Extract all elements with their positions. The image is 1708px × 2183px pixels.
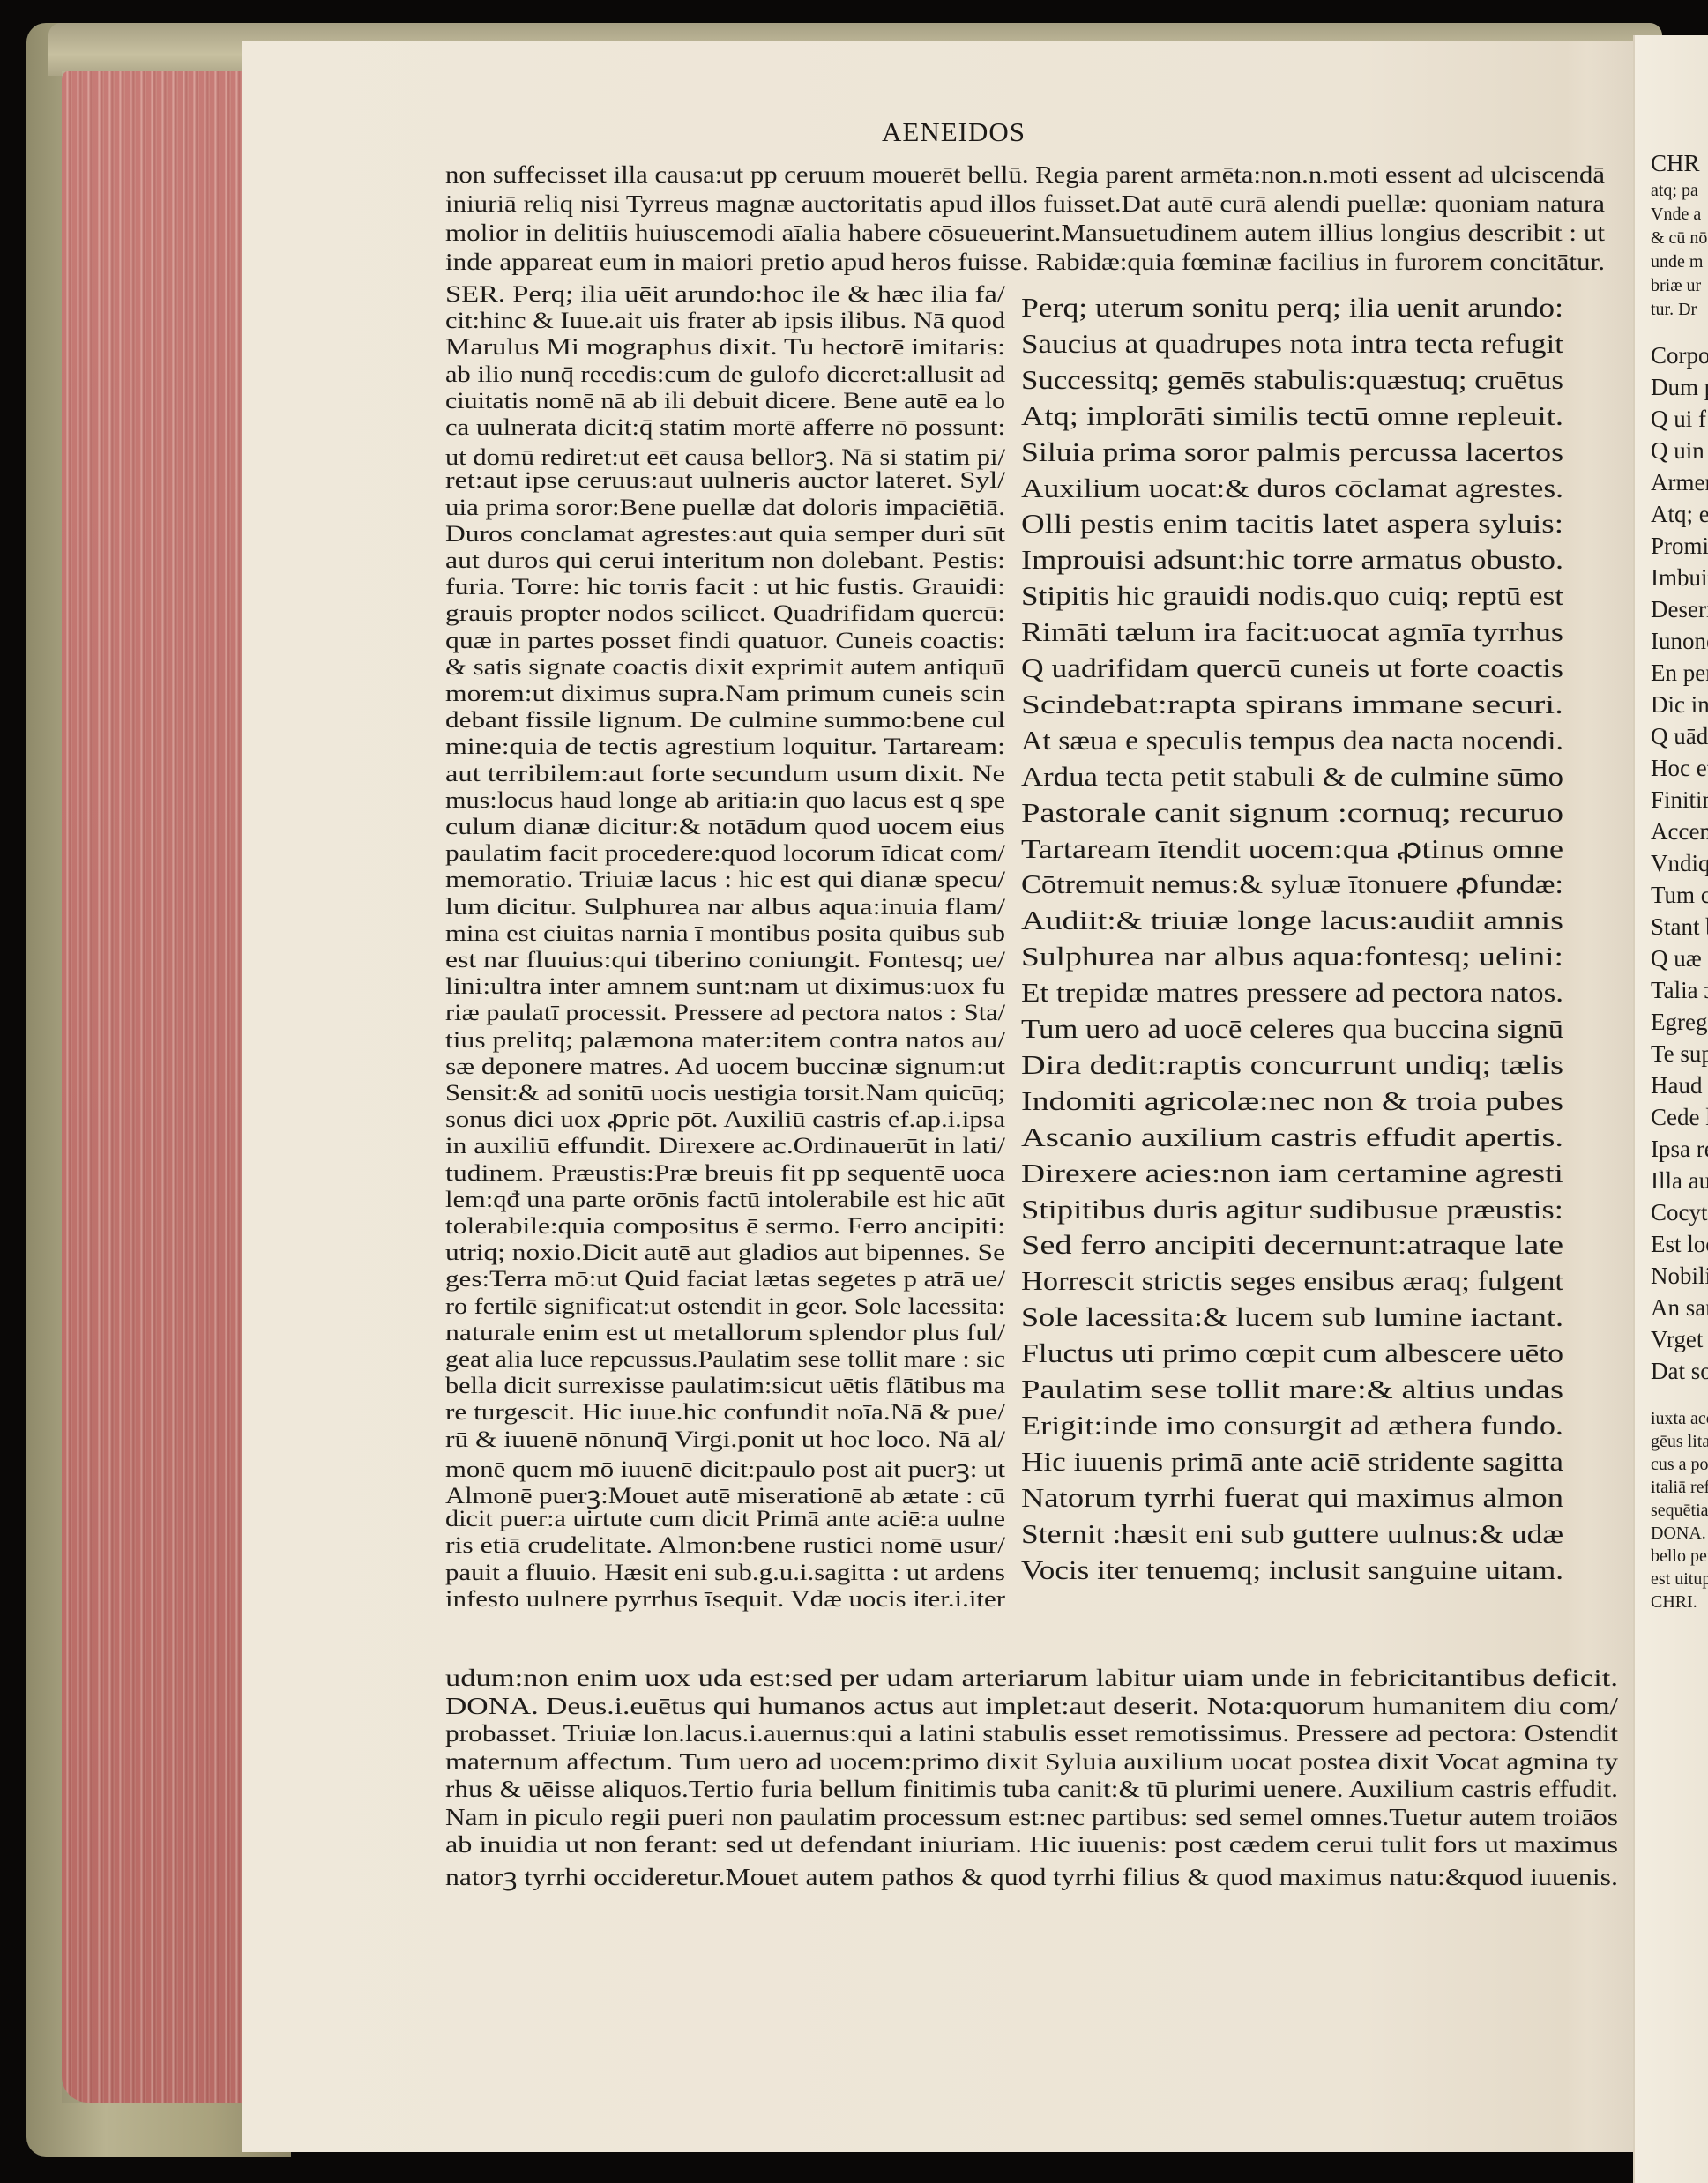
verse-line: Cōtremuit nemus:& syluæ ītonuere ꝓfundæ: bbox=[1021, 868, 1563, 900]
facing-page-line: CHRI. bbox=[1651, 1592, 1697, 1613]
facing-page-line: & cū nō bbox=[1651, 228, 1707, 249]
commentary-line: & satis signate coactis dixit exprimit a… bbox=[445, 653, 1005, 681]
facing-page-line: Tum co bbox=[1651, 882, 1708, 909]
verse-line: Perq; uterum sonitu perq; ilia uenit aru… bbox=[1021, 292, 1563, 324]
commentary-line: cit:hinc & Iuue.ait uis frater ab ipsis … bbox=[445, 307, 1005, 334]
commentary-line: Duros conclamat agrestes:aut quia semper… bbox=[445, 520, 1005, 548]
facing-page-line: Deserit bbox=[1651, 596, 1708, 623]
verse-line: Tartaream ītendit uocem:qua ꝓtinus omne bbox=[1021, 833, 1563, 865]
facing-page-line: sequētia īç bbox=[1651, 1501, 1708, 1521]
verse-line: Paulatim sese tollit mare:& altius undas bbox=[1021, 1374, 1563, 1405]
facing-page-line: Corpo bbox=[1651, 342, 1708, 369]
commentary-line: ca uulnerata dicit:q̄ statim mortē affer… bbox=[445, 414, 1005, 441]
commentary-line: ro fertilē significat:ut ostendit in geo… bbox=[445, 1293, 1005, 1320]
commentary-line: memoratio. Triuiæ lacus : hic est qui di… bbox=[445, 866, 1005, 893]
facing-page-line: Vnde a bbox=[1651, 205, 1701, 225]
verse-line: Stipitis hic grauidi nodis.quo cuiq; rep… bbox=[1021, 580, 1563, 612]
commentary-line: aut terribilem:aut forte secundum usum d… bbox=[445, 760, 1005, 787]
red-page-edges bbox=[62, 71, 242, 2103]
commentary-line: rū & iuuenē nōnunq̄ Virgi.ponit ut hoc l… bbox=[445, 1426, 1005, 1453]
facing-page-line: Q uād bbox=[1651, 723, 1708, 750]
verse-line: Siluia prima soror palmis percussa lacer… bbox=[1021, 436, 1563, 468]
commentary-line: ab inuidia ut non ferant: sed ut defenda… bbox=[445, 1831, 1618, 1859]
facing-page-line: bello perd bbox=[1651, 1546, 1708, 1567]
facing-page-line: Est locus bbox=[1651, 1231, 1708, 1258]
facing-page-line: Illa auten bbox=[1651, 1167, 1708, 1195]
commentary-line: aut duros qui cerui interitum non doleba… bbox=[445, 547, 1005, 574]
facing-page-line: Promis bbox=[1651, 533, 1708, 560]
verse-line: Olli pestis enim tacitis latet aspera sy… bbox=[1021, 508, 1563, 540]
commentary-line: iniuriā reliq nisi Tyrreus magnæ auctori… bbox=[445, 190, 1605, 218]
facing-page-line: Q uin bbox=[1651, 437, 1704, 465]
commentary-line: mine:quia de tectis agrestium loquitur. … bbox=[445, 733, 1005, 760]
facing-page-line: tur. Dr bbox=[1651, 300, 1697, 320]
commentary-line: debant fissile lignum. De culmine summo:… bbox=[445, 706, 1005, 734]
facing-page-line: Accenc bbox=[1651, 818, 1708, 846]
verse-line: Sternit :hæsit eni sub guttere uulnus:& … bbox=[1021, 1518, 1563, 1550]
facing-page-line: Te super bbox=[1651, 1040, 1708, 1068]
commentary-line: re turgescit. Hic iuue.hic confundit noī… bbox=[445, 1398, 1005, 1426]
commentary-line: riæ paulatī processit. Pressere ad pecto… bbox=[445, 999, 1005, 1026]
commentary-line: tolerabile:quia compositus ē sermo. Ferr… bbox=[445, 1212, 1005, 1240]
facing-page-line: Vrget ut bbox=[1651, 1326, 1708, 1353]
facing-page-line: italiā refer bbox=[1651, 1478, 1708, 1498]
commentary-line: ges:Terra mō:ut Quid faciat lætas segete… bbox=[445, 1265, 1005, 1293]
commentary-line: quæ in partes posset findi quatuor. Cune… bbox=[445, 627, 1005, 654]
commentary-line: Marulus Mi mographus dixit. Tu hectorē i… bbox=[445, 333, 1005, 361]
verse-line: Natorum tyrrhi fuerat qui maximus almon bbox=[1021, 1482, 1563, 1514]
verse-line: Sed ferro ancipiti decernunt:atraque lat… bbox=[1021, 1229, 1563, 1261]
commentary-line: uia prima soror:Bene puellæ dat doloris … bbox=[445, 494, 1005, 521]
commentary-line: tius prelitq; palæmona mater:item contra… bbox=[445, 1026, 1005, 1054]
commentary-line: non suffecisset illa causa:ut pp ceruum … bbox=[445, 161, 1605, 189]
facing-page-line: CHR bbox=[1651, 150, 1700, 177]
commentary-line: paulatim facit procedere:quod locorum īd… bbox=[445, 839, 1005, 867]
verse-line: Et trepidæ matres pressere ad pectora na… bbox=[1021, 977, 1563, 1009]
facing-page-line: Q ui f bbox=[1651, 406, 1706, 433]
verse-line: Ascanio auxilium castris effudit apertis… bbox=[1021, 1121, 1563, 1153]
commentary-line: molior in delitiis huiuscemodi aīalia ha… bbox=[445, 220, 1605, 247]
facing-page: CHRatq; paVnde a& cū nōunde mbriæ urtur.… bbox=[1633, 35, 1708, 2183]
commentary-line: ret:aut ipse ceruus:aut uulneris auctor … bbox=[445, 466, 1005, 494]
commentary-line: tudinem. Præustis:Præ breuis fit pp sequ… bbox=[445, 1159, 1005, 1187]
facing-page-line: Talia ɔr bbox=[1651, 977, 1708, 1004]
verse-line: Successitq; gemēs stabulis:quæstuq; cruē… bbox=[1021, 364, 1563, 396]
commentary-line: rhus & uēisse aliquos.Tertio furia bellu… bbox=[445, 1776, 1618, 1803]
facing-page-line: Armen bbox=[1651, 469, 1708, 496]
commentary-line: Sensit:& ad sonitū uocis uestigia torsit… bbox=[445, 1079, 1005, 1106]
commentary-line: infesto uulnere pyrrhus īsequit. Vdæ uoc… bbox=[445, 1585, 1005, 1613]
facing-page-line: Dat sonit bbox=[1651, 1358, 1708, 1385]
verse-line: Improuisi adsunt:hic torre armatus obust… bbox=[1021, 544, 1563, 576]
commentary-line: lum dicitur. Sulphurea nar albus aqua:in… bbox=[445, 893, 1005, 920]
verse-line: Saucius at quadrupes nota intra tecta re… bbox=[1021, 328, 1563, 360]
commentary-line: ciuitatis nomē nā ab ili debuit dicere. … bbox=[445, 387, 1005, 414]
commentary-line: mina est ciuitas narnia ī montibus posit… bbox=[445, 920, 1005, 947]
commentary-line: natorꝫ tyrrhi occideretur.Mouet autem pa… bbox=[445, 1859, 1618, 1892]
facing-page-line: gēus litatiō bbox=[1651, 1432, 1708, 1452]
facing-page-line: Finitim bbox=[1651, 786, 1708, 814]
commentary-line: in auxiliū effundit. Direxere ac.Ordinau… bbox=[445, 1132, 1005, 1159]
verse-line: At sæua e speculis tempus dea nacta noce… bbox=[1021, 725, 1563, 756]
commentary-line: inde appareat eum in maiori pretio apud … bbox=[445, 249, 1605, 276]
commentary-line: ris etiā crudelitate. Almon:bene rustici… bbox=[445, 1531, 1005, 1559]
commentary-line: mus:locus haud longe ab aritia:in quo la… bbox=[445, 786, 1005, 814]
commentary-line: sæ deponere matres. Ad uocem buccinæ sig… bbox=[445, 1053, 1005, 1080]
verse-line: Horrescit strictis seges ensibus æraq; f… bbox=[1021, 1265, 1563, 1297]
facing-page-line: Hoc etr bbox=[1651, 755, 1708, 782]
verse-line: Ardua tecta petit stabuli & de culmine s… bbox=[1021, 761, 1563, 793]
facing-page-line: Haud p bbox=[1651, 1072, 1708, 1099]
verse-line: Scindebat:rapta spirans immane securi. bbox=[1021, 689, 1563, 720]
verse-line: Vocis iter tenuemq; inclusit sanguine ui… bbox=[1021, 1554, 1563, 1586]
verse-line: Q uadrifidam quercū cuneis ut forte coac… bbox=[1021, 652, 1563, 684]
facing-page-line: Ipsa rega bbox=[1651, 1136, 1708, 1163]
facing-page-line: cus a poeta bbox=[1651, 1455, 1708, 1475]
commentary-line: dicit puer:a uirtute cum dicit Primā ant… bbox=[445, 1505, 1005, 1532]
verse-line: Sole lacessita:& lucem sub lumine iactan… bbox=[1021, 1301, 1563, 1333]
commentary-line: morem:ut diximus supra.Nam primum cuneis… bbox=[445, 680, 1005, 707]
verse-line: Sulphurea nar albus aqua:fontesq; uelini… bbox=[1021, 941, 1563, 972]
facing-page-line: est uituper bbox=[1651, 1569, 1708, 1590]
commentary-line: probasset. Triuiæ lon.lacus.i.auernus:qu… bbox=[445, 1720, 1618, 1747]
verse-line: Rimāti tælum ira facit:uocat agmīa tyrrh… bbox=[1021, 616, 1563, 648]
commentary-line: maternum affectum. Tum uero ad uocem:pri… bbox=[445, 1748, 1618, 1776]
verse-line: Erigit:inde imo consurgit ad æthera fund… bbox=[1021, 1410, 1563, 1442]
facing-page-line: Vndiq bbox=[1651, 850, 1708, 877]
commentary-line: lini:ultra inter amnem sunt:nam ut dixim… bbox=[445, 972, 1005, 1000]
facing-page-line: iuxta acced bbox=[1651, 1409, 1708, 1429]
facing-page-line: briæ ur bbox=[1651, 276, 1701, 296]
commentary-line: SER. Perq; ilia uēit arundo:hoc ile & hæ… bbox=[445, 280, 1005, 308]
commentary-line: naturale enim est ut metallorum splendor… bbox=[445, 1319, 1005, 1346]
commentary-line: sonus dici uox ꝓprie pōt. Auxiliū castri… bbox=[445, 1106, 1005, 1133]
facing-page-line: En perf bbox=[1651, 659, 1708, 687]
facing-page-line: unde m bbox=[1651, 252, 1703, 272]
commentary-line: utriq; noxio.Dicit autē aut gladios aut … bbox=[445, 1239, 1005, 1266]
commentary-line: DONA. Deus.i.euētus qui humanos actus au… bbox=[445, 1693, 1618, 1720]
verse-line: Stipitibus duris agitur sudibusue præust… bbox=[1021, 1194, 1563, 1226]
facing-page-line: atq; pa bbox=[1651, 181, 1698, 201]
facing-page-line: Iunone bbox=[1651, 628, 1708, 655]
facing-page-line: Q uæ f bbox=[1651, 945, 1708, 972]
verse-line: Hic iuuenis primā ante aciē stridente sa… bbox=[1021, 1446, 1563, 1478]
verse-line: Auxilium uocat:& duros cōclamat agrestes… bbox=[1021, 473, 1563, 504]
facing-page-line: Dum p bbox=[1651, 374, 1708, 401]
commentary-line: furia. Torre: hic torris facit : ut hic … bbox=[445, 573, 1005, 600]
verse-line: Pastorale canit signum :cornuq; recuruo bbox=[1021, 797, 1563, 829]
commentary-line: pauit a fluuio. Hæsit eni sub.g.u.i.sagi… bbox=[445, 1559, 1005, 1586]
facing-page-line: Stant b bbox=[1651, 913, 1708, 941]
verse-line: Fluctus uti primo cœpit cum albescere uē… bbox=[1021, 1337, 1563, 1369]
facing-page-line: Atq; ea bbox=[1651, 501, 1708, 528]
facing-page-line: An sanct bbox=[1651, 1294, 1708, 1322]
verse-line: Indomiti agricolæ:nec non & troia pubes bbox=[1021, 1085, 1563, 1117]
verse-line: Atq; implorāti similis tectū omne repleu… bbox=[1021, 400, 1563, 432]
running-head: AENEIDOS bbox=[882, 116, 1026, 148]
facing-page-line: Imbuit bbox=[1651, 564, 1708, 592]
commentary-line: bella dicit surrexisse paulatim:sicut uē… bbox=[445, 1372, 1005, 1399]
verse-line: Tum uero ad uocē celeres qua buccina sig… bbox=[1021, 1013, 1563, 1045]
facing-page-line: Dic in a bbox=[1651, 691, 1708, 719]
verse-line: Audiit:& triuiæ longe lacus:audiit amnis bbox=[1021, 905, 1563, 936]
facing-page-line: Cede loc bbox=[1651, 1104, 1708, 1131]
verse-line: Direxere acies:non iam certamine agresti bbox=[1021, 1158, 1563, 1189]
commentary-line: Nam in piculo regii pueri non paulatim p… bbox=[445, 1804, 1618, 1831]
verse-line: Dira dedit:raptis concurrunt undiq; tæli… bbox=[1021, 1049, 1563, 1081]
facing-page-line: Egregiu bbox=[1651, 1009, 1708, 1036]
facing-page-line: DONA. bbox=[1651, 1524, 1706, 1544]
commentary-line: geat alia luce repcussus.Paulatim sese t… bbox=[445, 1345, 1005, 1373]
commentary-line: est nar fluuius:qui tiberino coniungit. … bbox=[445, 946, 1005, 973]
commentary-line: lem:qđ una parte orōnis factū intolerabi… bbox=[445, 1186, 1005, 1213]
facing-page-line: Nobilis: bbox=[1651, 1263, 1708, 1290]
commentary-line: ab ilio nunq̄ recedis:cum de gulofo dice… bbox=[445, 361, 1005, 388]
facing-page-line: Cocytiq bbox=[1651, 1199, 1708, 1226]
commentary-line: grauis propter nodos scilicet. Quadrifid… bbox=[445, 600, 1005, 627]
commentary-line: udum:non enim uox uda est:sed per udam a… bbox=[445, 1665, 1618, 1692]
commentary-line: culum dianæ dicitur:& notādum quod uocem… bbox=[445, 813, 1005, 840]
